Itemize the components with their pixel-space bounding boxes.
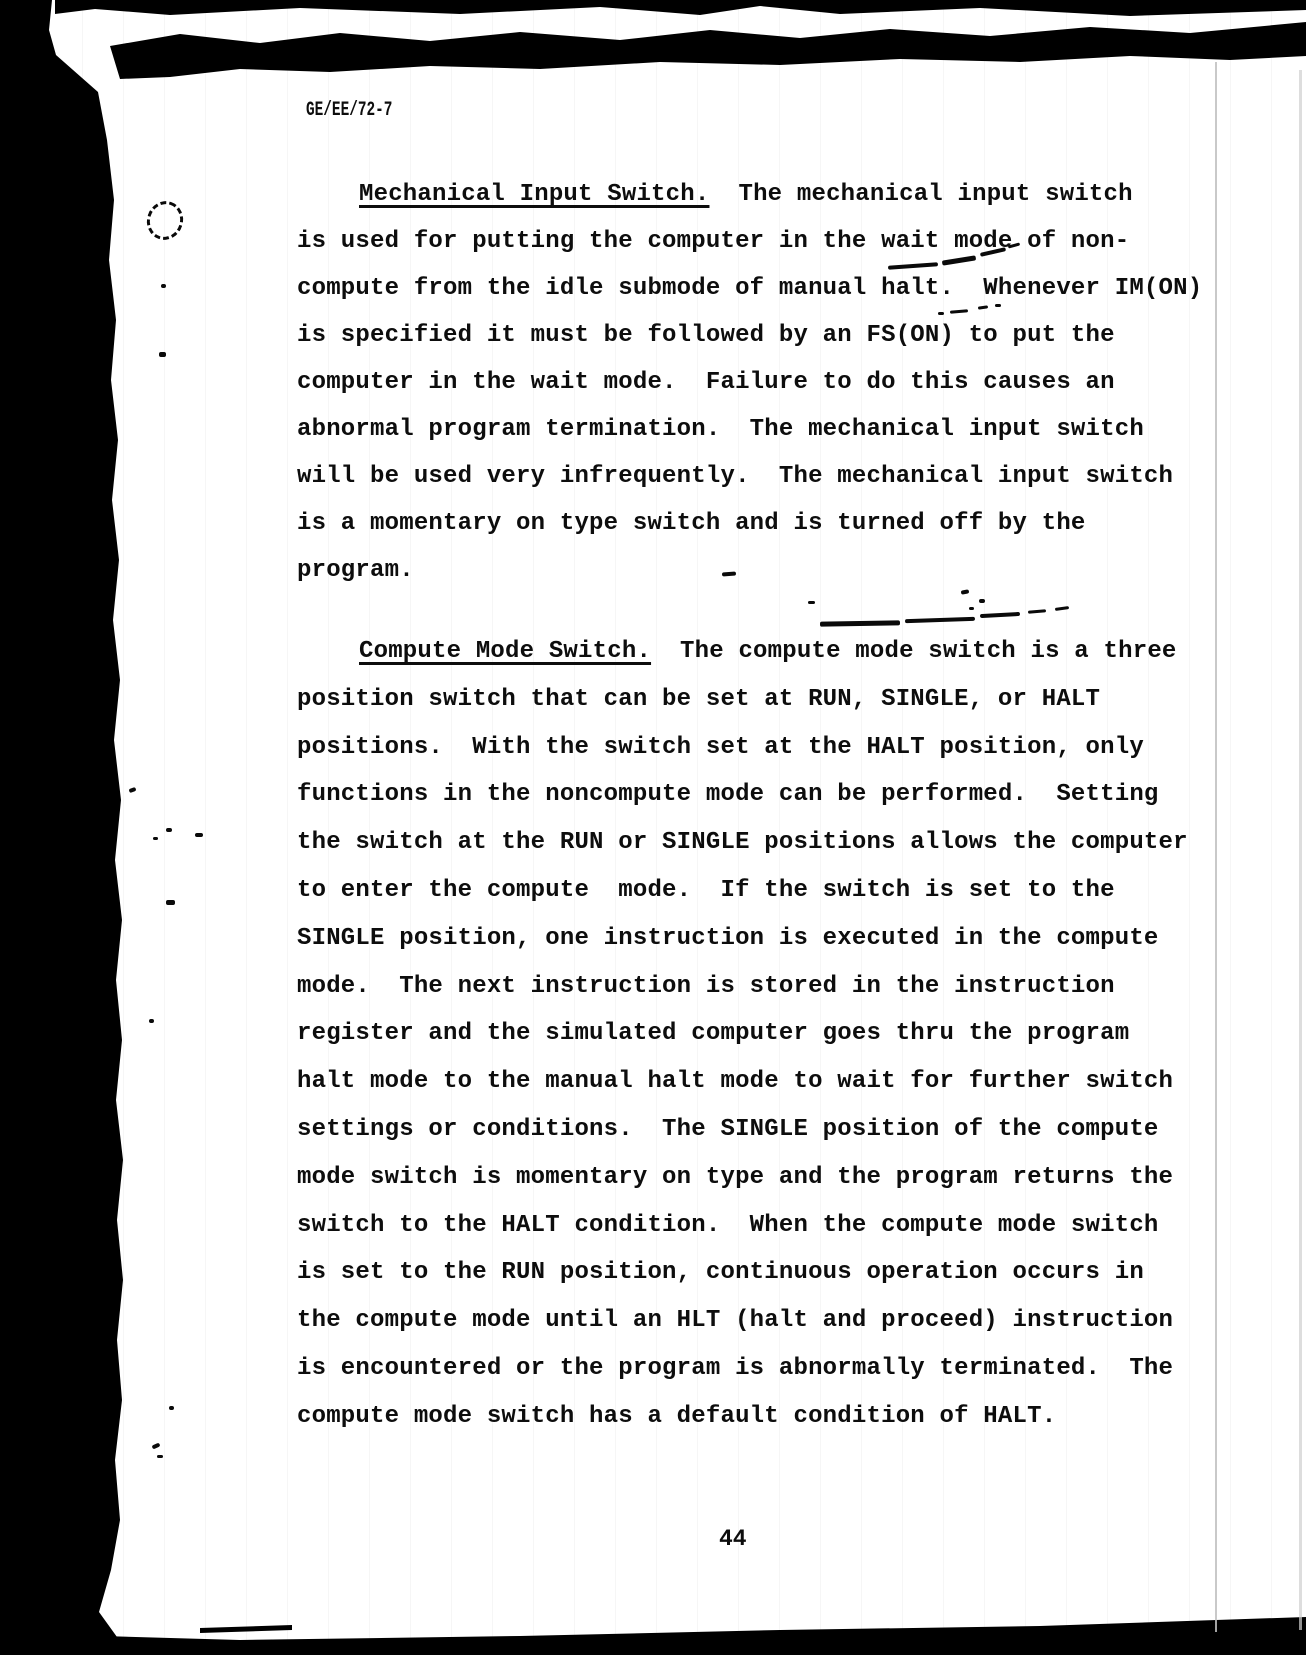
ink-speck — [157, 1455, 163, 1458]
text-line: is specified it must be followed by an F… — [297, 312, 1247, 359]
text-line: computer in the wait mode. Failure to do… — [297, 359, 1247, 406]
text-line: is set to the RUN position, continuous o… — [297, 1249, 1247, 1297]
section-heading: Mechanical Input Switch. — [359, 181, 709, 208]
ink-speck — [195, 833, 203, 837]
text-line: abnormal program termination. The mechan… — [297, 406, 1247, 453]
text-line: the compute mode until an HLT (halt and … — [297, 1297, 1247, 1345]
text-line: will be used very infrequently. The mech… — [297, 453, 1247, 500]
text-line: is used for putting the computer in the … — [297, 218, 1247, 265]
text-line: switch to the HALT condition. When the c… — [297, 1202, 1247, 1250]
text-line: register and the simulated computer goes… — [297, 1010, 1247, 1058]
scan-artifact-left-band — [0, 0, 123, 1646]
scan-artifact-top-sliver — [55, 0, 1306, 16]
heading-line-rest: The mechanical input switch — [738, 181, 1132, 208]
text-line: settings or conditions. The SINGLE posit… — [297, 1106, 1247, 1154]
ink-speck — [969, 607, 974, 610]
text-line: Compute Mode Switch.The compute mode swi… — [359, 628, 1247, 676]
text-line: position switch that can be set at RUN, … — [297, 676, 1247, 724]
text-line: is encountered or the program is abnorma… — [297, 1345, 1247, 1393]
scan-artifact-stray-dash — [200, 1625, 292, 1633]
text-line: is a momentary on type switch and is tur… — [297, 500, 1247, 547]
text-line: to enter the compute mode. If the switch… — [297, 867, 1247, 915]
heading-line-rest: The compute mode switch is a three — [680, 638, 1176, 665]
scan-artifact-bottom-band — [0, 1617, 1306, 1655]
ink-speck — [169, 1406, 174, 1410]
ink-speck — [159, 352, 166, 357]
text-line: the switch at the RUN or SINGLE position… — [297, 819, 1247, 867]
paragraph-mechanical-input-switch: Mechanical Input Switch.The mechanical i… — [297, 171, 1247, 594]
ink-speck — [166, 900, 175, 905]
text-line: functions in the noncompute mode can be … — [297, 771, 1247, 819]
text-line: mode switch is momentary on type and the… — [297, 1154, 1247, 1202]
text-line: mode. The next instruction is stored in … — [297, 963, 1247, 1011]
ink-speck — [166, 828, 172, 832]
text-line: halt mode to the manual halt mode to wai… — [297, 1058, 1247, 1106]
paragraph-compute-mode-switch: Compute Mode Switch.The compute mode swi… — [297, 628, 1247, 1441]
ink-speck — [161, 284, 166, 288]
ink-speck — [979, 599, 985, 603]
text-line: SINGLE position, one instruction is exec… — [297, 915, 1247, 963]
section-heading: Compute Mode Switch. — [359, 638, 651, 665]
page-number: 44 — [719, 1526, 747, 1552]
report-number: GE/EE/72-7 — [306, 99, 392, 122]
ink-speck — [153, 837, 158, 840]
ink-smudge — [808, 601, 815, 604]
text-line: compute mode switch has a default condit… — [297, 1393, 1247, 1441]
ink-speck — [149, 1019, 154, 1023]
text-line: Mechanical Input Switch.The mechanical i… — [359, 171, 1247, 218]
scan-artifact-right-edge — [1299, 70, 1302, 1630]
text-line: program. — [297, 547, 1247, 594]
text-line: compute from the idle submode of manual … — [297, 265, 1247, 312]
scanned-document-page: GE/EE/72-7 Mechanical Input Switch.The m… — [0, 0, 1306, 1655]
scan-artifact-top-band — [110, 22, 1306, 79]
text-line: positions. With the switch set at the HA… — [297, 724, 1247, 772]
